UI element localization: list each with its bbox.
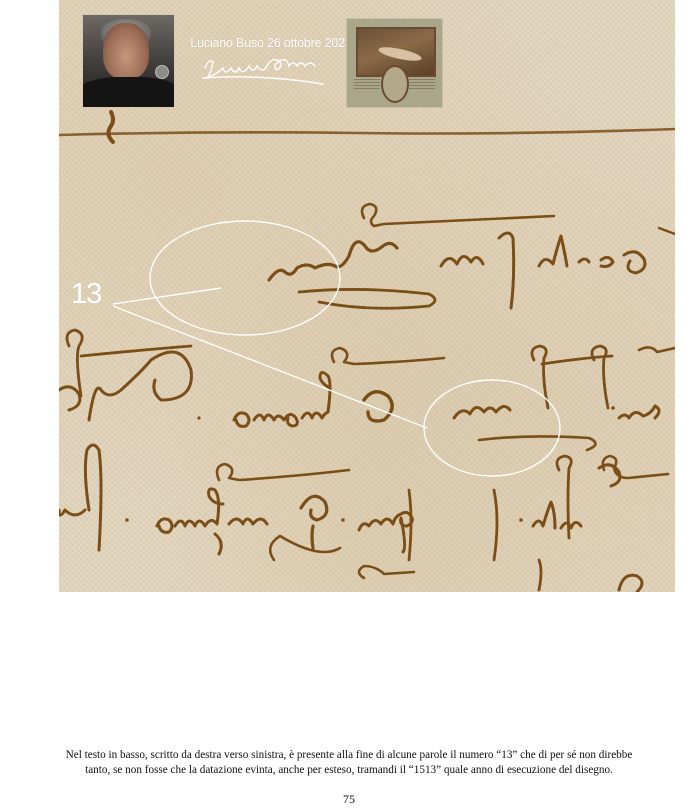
microphone [155, 65, 169, 79]
caption-line-2: tanto, se non fosse che la datazione evi… [0, 763, 698, 778]
caption-line-1: Nel testo in basso, scritto da destra ve… [0, 748, 698, 763]
author-photo [82, 14, 175, 108]
watermark: Luciano Buso 26 ottobre 2023 [171, 36, 371, 50]
figure-caption: Nel testo in basso, scritto da destra ve… [0, 748, 698, 778]
watermark-author-date: Luciano Buso 26 ottobre 2023 [171, 36, 371, 50]
page-number: 75 [0, 792, 698, 807]
monogram-icon [381, 65, 409, 103]
manuscript-image: Luciano Buso 26 ottobre 2023 13 [59, 0, 675, 592]
signature-icon [199, 50, 339, 90]
annotation-label: 13 [71, 280, 101, 309]
book-cover-thumbnail [346, 18, 443, 108]
